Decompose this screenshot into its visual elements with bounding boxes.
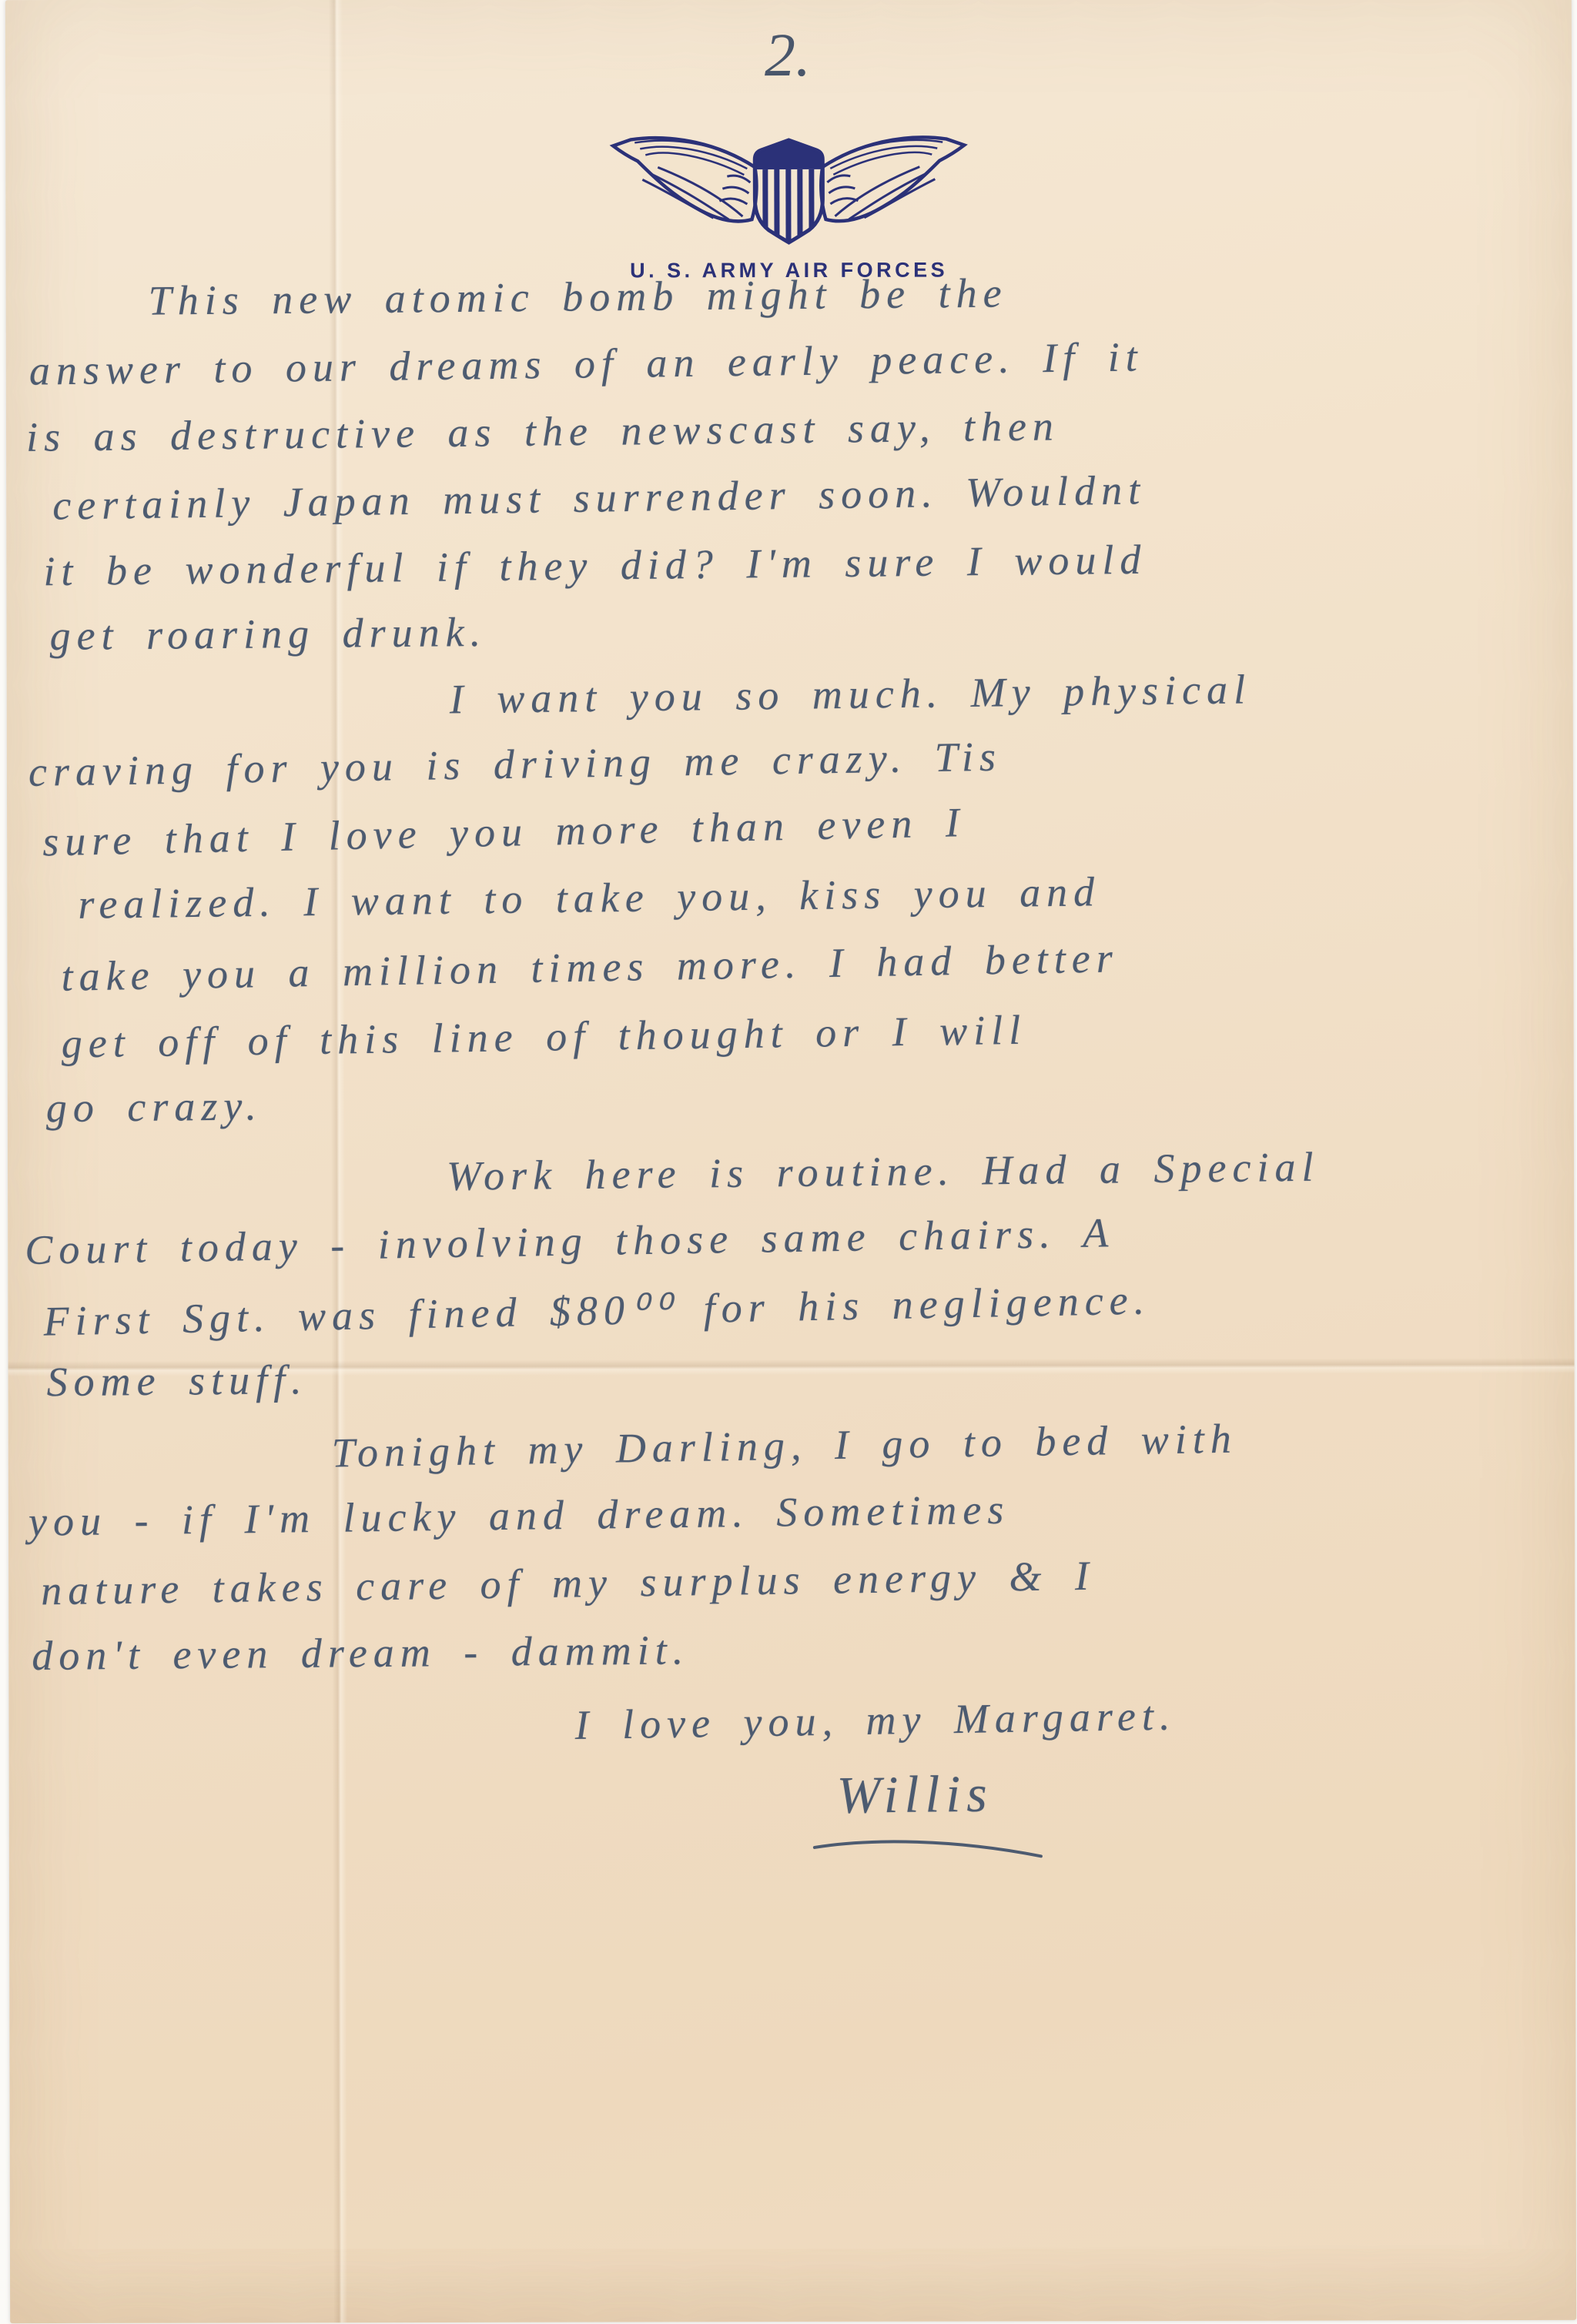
handwritten-line: get roaring drunk.: [49, 608, 487, 660]
handwritten-line: nature takes care of my surplus energy &…: [41, 1552, 1096, 1615]
handwritten-line: you - if I'm lucky and dream. Sometimes: [28, 1486, 1010, 1546]
handwritten-line: First Sgt. was fined $80⁰⁰ for his negli…: [43, 1276, 1151, 1345]
handwritten-line: it be wonderful if they did? I'm sure I …: [43, 536, 1147, 596]
page-number: 2.: [765, 25, 811, 86]
handwritten-line: go crazy.: [46, 1082, 263, 1132]
closing-line: I love you, my Margaret.: [574, 1692, 1177, 1750]
handwritten-line: take you a million times more. I had bet…: [61, 934, 1119, 1001]
handwritten-line: I want you so much. My physical: [449, 665, 1251, 723]
handwritten-line: sure that I love you more than even I: [42, 798, 966, 866]
handwritten-line: craving for you is driving me crazy. Tis: [28, 733, 1003, 796]
handwritten-line: answer to our dreams of an early peace. …: [28, 333, 1143, 394]
signature-underline: [810, 1833, 1049, 1861]
handwritten-line: get off of this line of thought or I wil…: [61, 1006, 1026, 1068]
signature: Willis: [836, 1764, 993, 1825]
handwritten-line: Some stuff.: [46, 1356, 308, 1406]
handwritten-line: don't even dream - dammit.: [32, 1626, 689, 1680]
handwritten-line: realized. I want to take you, kiss you a…: [78, 868, 1101, 928]
handwritten-line: Work here is routine. Had a Special: [447, 1143, 1320, 1200]
handwritten-line: Court today - involving those same chair…: [25, 1209, 1115, 1274]
army-air-forces-wings-emblem: [608, 131, 969, 247]
handwritten-line: This new atomic bomb might be the: [148, 269, 1007, 325]
handwritten-line: is as destructive as the newscast say, t…: [26, 402, 1060, 461]
right-wing: [821, 137, 964, 221]
handwritten-line: certainly Japan must surrender soon. Wou…: [52, 466, 1147, 529]
shield: [755, 140, 822, 246]
handwritten-line: Tonight my Darling, I go to bed with: [331, 1415, 1237, 1477]
letter-paper: 2.: [5, 0, 1576, 2323]
